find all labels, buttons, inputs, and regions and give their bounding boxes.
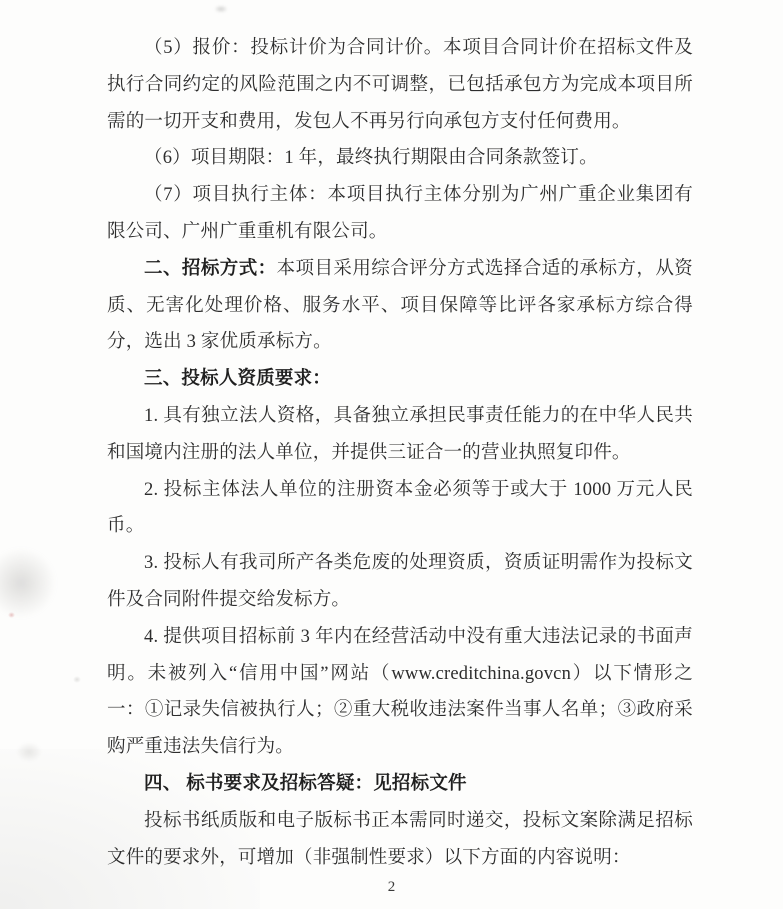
body-text: （6）项目期限：1 年，最终执行期限由合同条款签订。 bbox=[144, 148, 598, 168]
body-text: 2. 投标主体法人单位的注册资本金必须等于或大于 1000 万元人民币。 bbox=[107, 480, 693, 537]
heading-text: 四、 标书要求及招标答疑：见招标文件 bbox=[144, 774, 467, 794]
scan-smudge bbox=[214, 5, 228, 13]
paragraph: 4. 提供项目招标前 3 年内在经营活动中没有重大违法记录的书面声明。未被列入“… bbox=[107, 619, 693, 766]
paragraph: 2. 投标主体法人单位的注册资本金必须等于或大于 1000 万元人民币。 bbox=[107, 472, 693, 546]
scan-smudge bbox=[73, 676, 81, 683]
document-body: （5）报价：投标计价为合同计价。本项目合同计价在招标文件及执行合同约定的风险范围… bbox=[107, 30, 693, 876]
page-number: 2 bbox=[0, 877, 783, 897]
paragraph: （6）项目期限：1 年，最终执行期限由合同条款签订。 bbox=[107, 140, 693, 177]
paragraph: （5）报价：投标计价为合同计价。本项目合同计价在招标文件及执行合同约定的风险范围… bbox=[107, 30, 693, 140]
heading-text: 三、投标人资质要求： bbox=[144, 369, 331, 389]
body-text: 投标书纸质版和电子版标书正本需同时递交，投标文案除满足招标文件的要求外，可增加（… bbox=[107, 811, 693, 868]
paragraph: 四、 标书要求及招标答疑：见招标文件 bbox=[107, 766, 693, 803]
paragraph: 投标书纸质版和电子版标书正本需同时递交，投标文案除满足招标文件的要求外，可增加（… bbox=[107, 803, 693, 877]
body-text: （7）项目执行主体：本项目执行主体分别为广州广重企业集团有限公司、广州广重重机有… bbox=[107, 185, 693, 242]
heading-text: 二、招标方式： bbox=[144, 259, 277, 279]
paragraph: （7）项目执行主体：本项目执行主体分别为广州广重企业集团有限公司、广州广重重机有… bbox=[107, 177, 693, 251]
body-text: 1. 具有独立法人资格，具备独立承担民事责任能力的在中华人民共和国境内注册的法人… bbox=[107, 406, 693, 463]
document-page: （5）报价：投标计价为合同计价。本项目合同计价在招标文件及执行合同约定的风险范围… bbox=[0, 0, 783, 909]
paragraph: 1. 具有独立法人资格，具备独立承担民事责任能力的在中华人民共和国境内注册的法人… bbox=[107, 398, 693, 472]
scan-smudge bbox=[8, 612, 15, 618]
body-text: 4. 提供项目招标前 3 年内在经营活动中没有重大违法记录的书面声明。未被列入“… bbox=[107, 627, 693, 757]
body-text: 3. 投标人有我司所产各类危废的处理资质，资质证明需作为投标文件及合同附件提交给… bbox=[107, 553, 693, 610]
paragraph: 3. 投标人有我司所产各类危废的处理资质，资质证明需作为投标文件及合同附件提交给… bbox=[107, 545, 693, 619]
paragraph: 三、投标人资质要求： bbox=[107, 361, 693, 398]
body-text: （5）报价：投标计价为合同计价。本项目合同计价在招标文件及执行合同约定的风险范围… bbox=[107, 38, 693, 132]
scan-smudge bbox=[16, 742, 42, 762]
scan-smudge bbox=[0, 548, 56, 618]
paragraph: 二、招标方式：本项目采用综合评分方式选择合适的承标方，从资质、无害化处理价格、服… bbox=[107, 251, 693, 361]
